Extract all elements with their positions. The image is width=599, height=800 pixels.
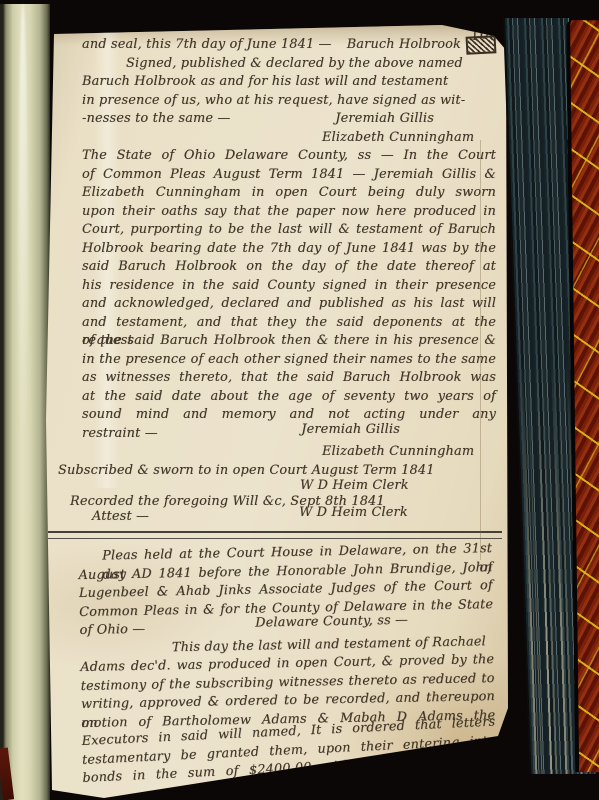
manuscript-line: Elizabeth Cunningham: [82, 129, 496, 148]
manuscript-line: in the presence of each other signed the…: [82, 351, 496, 370]
venue-line: Delaware County, ss —: [255, 612, 408, 633]
manuscript-line: and acknowledged, declared and published…: [82, 295, 496, 314]
book-left-page-edge: [0, 4, 50, 800]
entry-divider-rule-bottom: [48, 538, 502, 539]
entry-holbrook: and seal, this 7th day of June 1841 — Ba…: [82, 36, 496, 527]
manuscript-line: Court, purporting to be the last will & …: [82, 221, 496, 240]
manuscript-line: said Baruch Holbrook on the day of the d…: [82, 258, 496, 277]
manuscript-line: Elizabeth Cunningham in open Court being…: [82, 184, 496, 203]
manuscript-line: of the said Baruch Holbrook then & there…: [82, 332, 496, 351]
manuscript-line: -nesses to the same — Jeremiah Gillis: [82, 110, 496, 129]
witness-signature: Elizabeth Cunningham: [322, 443, 474, 462]
witness-signature: Elizabeth Cunningham: [322, 129, 474, 148]
attest-label: Attest —: [82, 508, 149, 527]
attestation-tail: -nesses to the same —: [82, 110, 230, 129]
manuscript-line: Baruch Holbrook as and for his last will…: [82, 73, 496, 92]
testator-signature: Baruch Holbrook: [347, 36, 461, 55]
manuscript-line: Elizabeth Cunningham: [82, 443, 496, 462]
manuscript-line: upon their oaths say that the paper now …: [82, 203, 496, 222]
manuscript-line: his residence in the said County signed …: [82, 277, 496, 296]
manuscript-line: Signed, published & declared by the abov…: [82, 55, 496, 74]
manuscript-line: and testament, and that they the said de…: [82, 314, 496, 333]
manuscript-line: and seal, this 7th day of June 1841 — Ba…: [82, 36, 496, 55]
seal-clause: and seal, this 7th day of June 1841 —: [82, 36, 332, 55]
entry-adams: Pleas held at the Court House in Delawar…: [78, 540, 497, 788]
manuscript-line: in presence of us, who at his request, h…: [82, 92, 496, 111]
photographed-record-book: 165, and seal, this 7th day of June 1841…: [0, 0, 599, 800]
manuscript-line: at the said date about the age of sevent…: [82, 388, 496, 407]
seal-scribble-icon: [466, 35, 497, 55]
manuscript-line: of Common Pleas August Term 1841 — Jerem…: [82, 166, 496, 185]
witness-signature: Jeremiah Gillis: [301, 421, 400, 440]
restraint-tail: restraint —: [82, 425, 158, 444]
witness-signature: Jeremiah Gillis: [335, 110, 434, 129]
manuscript-line: Holbrook bearing date the 7th day of Jun…: [82, 240, 496, 259]
manuscript-line: The State of Ohio Delaware County, ss — …: [82, 147, 496, 166]
manuscript-line: restraint — Jeremiah Gillis: [82, 425, 496, 444]
manuscript-page: 165, and seal, this 7th day of June 1841…: [42, 20, 512, 800]
manuscript-line: sound mind and memory and not acting und…: [82, 406, 496, 425]
session-tail: of Ohio —: [79, 621, 145, 641]
manuscript-line: as witnesses thereto, that the said Baru…: [82, 369, 496, 388]
entry-divider-rule-top: [48, 531, 502, 533]
clerk-signature: W D Heim Clerk: [299, 504, 408, 523]
